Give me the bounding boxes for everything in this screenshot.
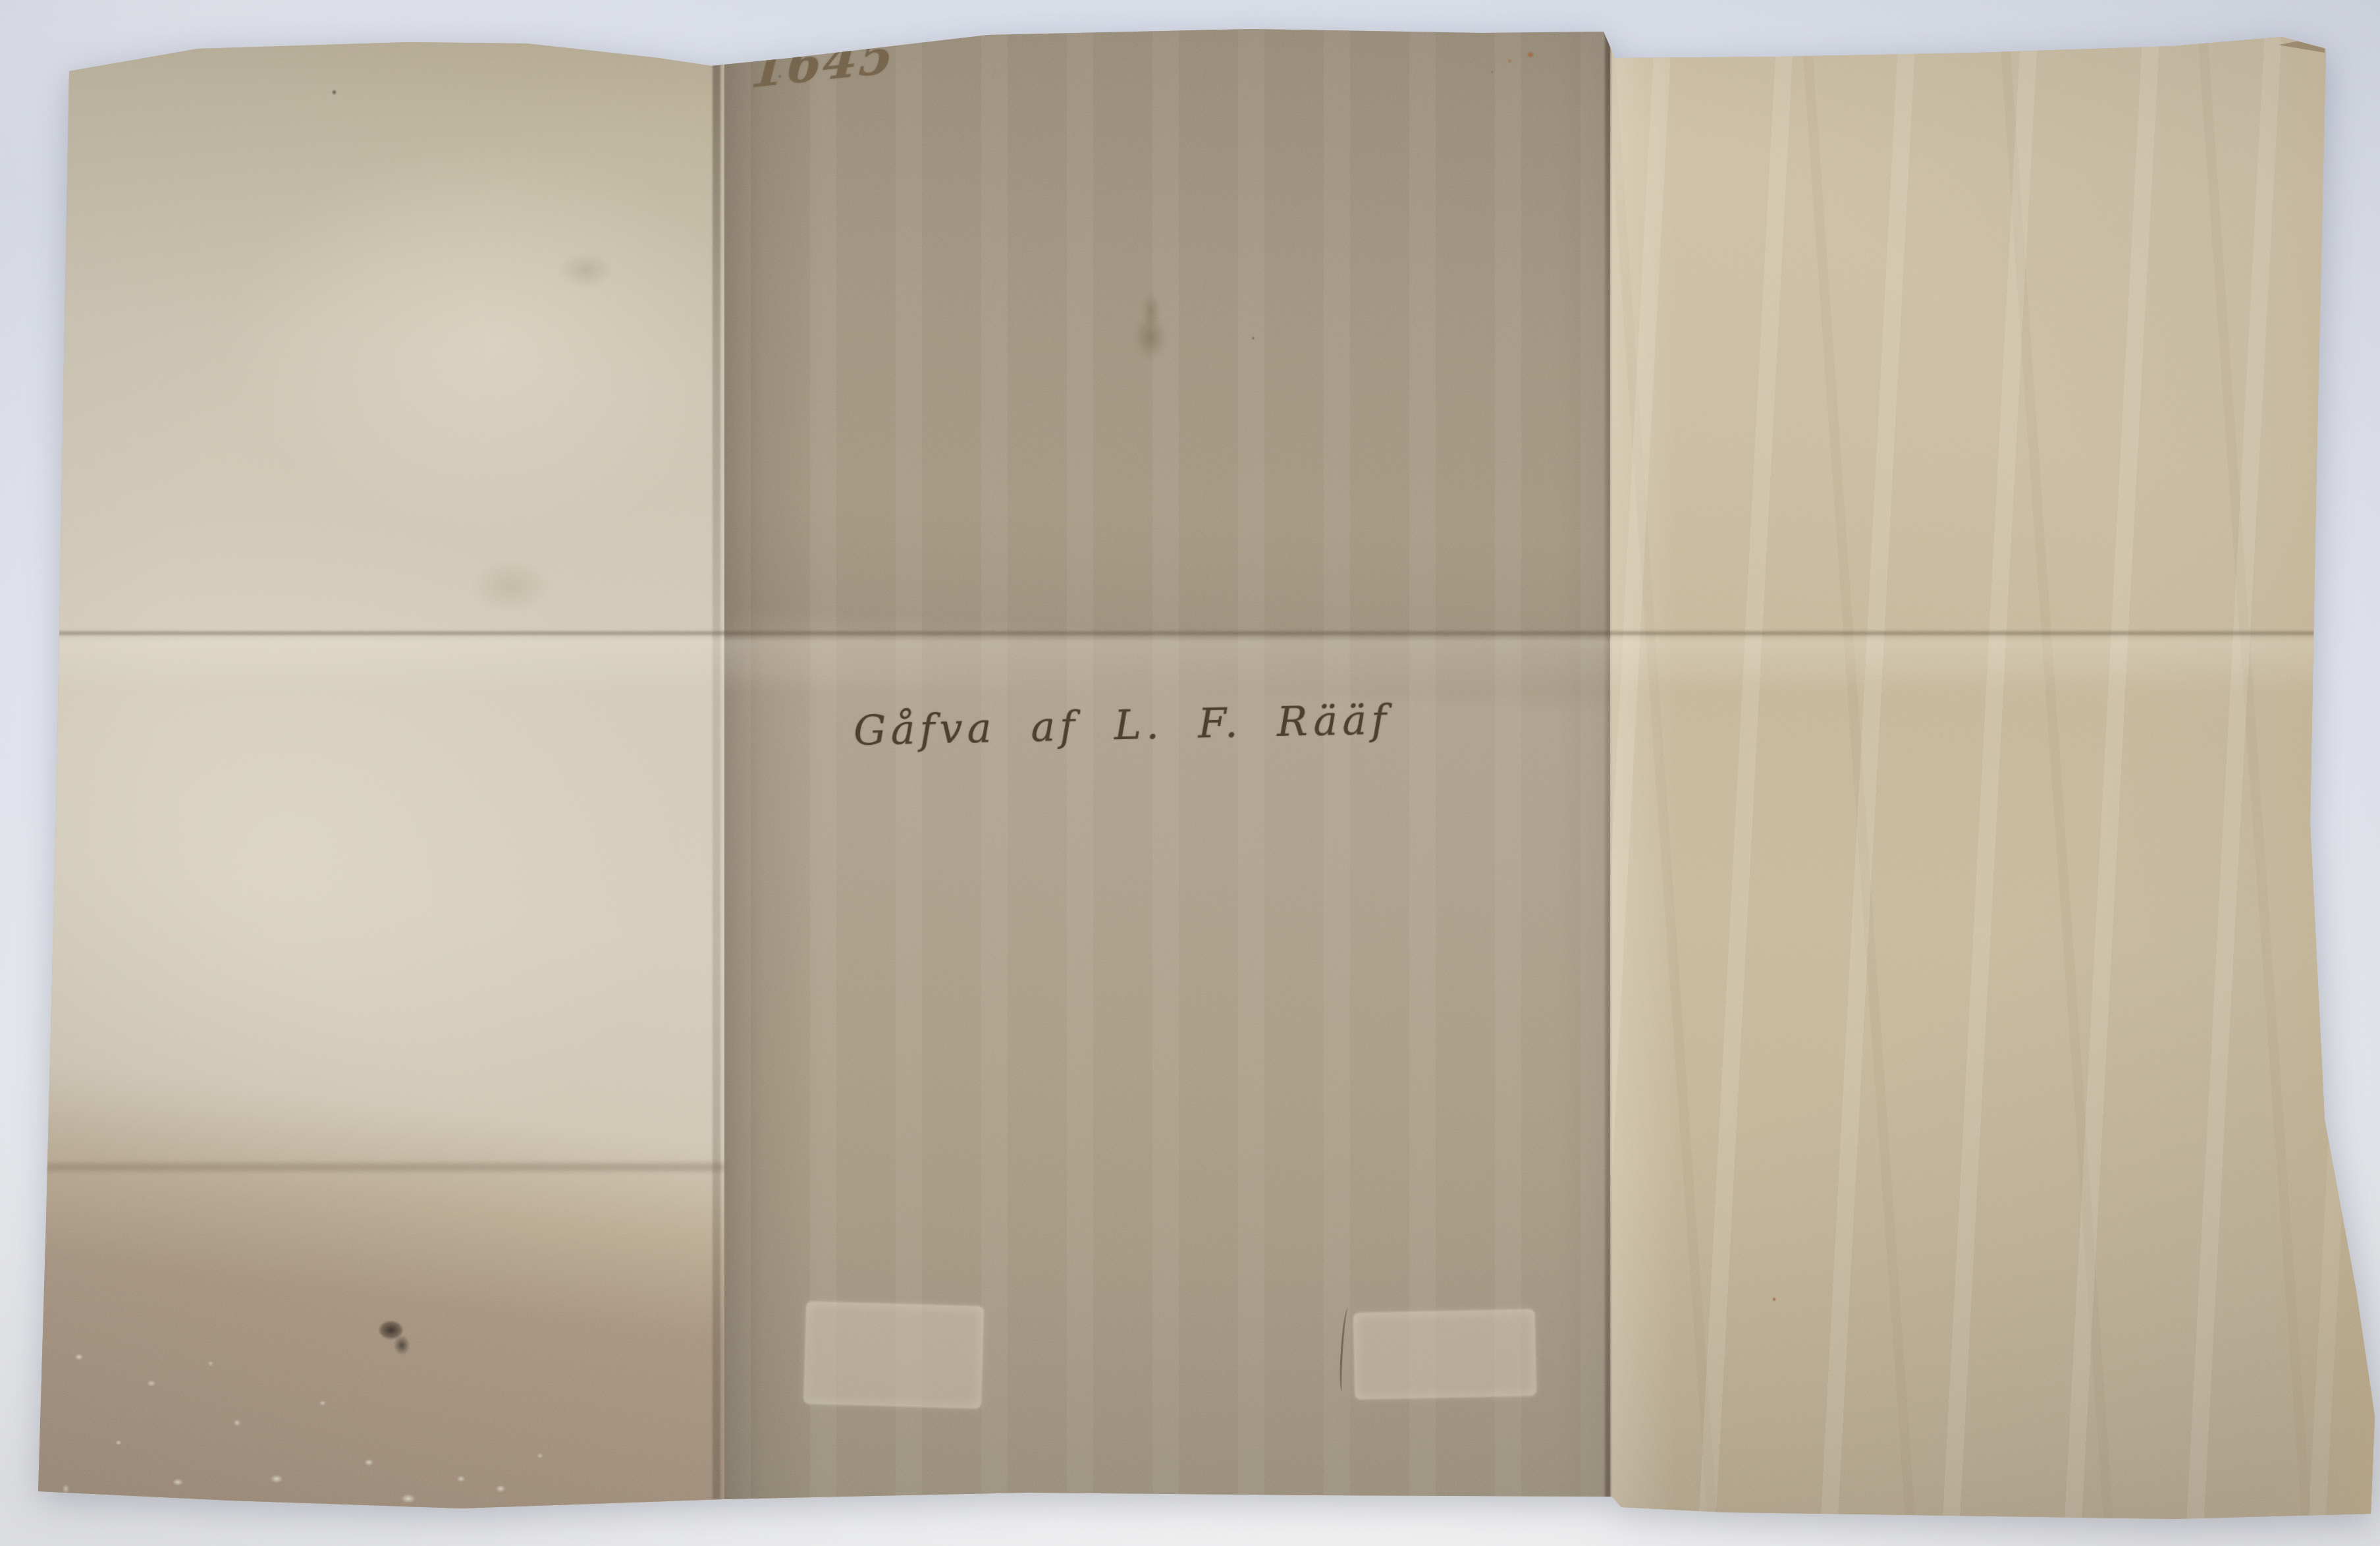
tape-patch-left <box>803 1301 984 1408</box>
vertical-fold-line-left <box>713 40 720 1499</box>
parchment-panel-left <box>0 0 724 1546</box>
photo-scene: 1645 Gåfva af L. F. Rääf <box>0 0 2380 1546</box>
document-shadow-wrap: 1645 Gåfva af L. F. Rääf <box>0 0 2380 1546</box>
parchment-panel-right <box>1610 0 2380 1546</box>
parchment-document: 1645 Gåfva af L. F. Rääf <box>0 0 2380 1546</box>
horizontal-fold-crease <box>40 630 2331 636</box>
tape-patch-right <box>1353 1309 1537 1400</box>
left-panel-bottom-fold <box>0 1163 724 1171</box>
horizontal-fold-crease-highlight <box>40 639 2331 694</box>
vertical-fold-line-right <box>1605 30 1611 1510</box>
